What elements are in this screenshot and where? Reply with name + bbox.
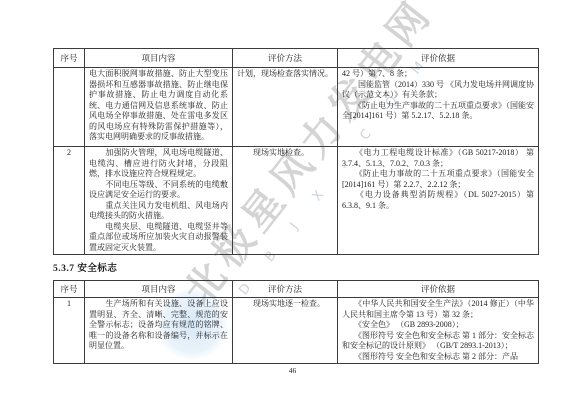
basis-cell: 《电力工程电缆设计标准》（GB 50217-2018） 第 3.7.4、5.1.… <box>338 147 539 255</box>
header-seq: 序号 <box>54 49 85 68</box>
paragraph: 不同电压等级、不同系统的电缆敷设应满足安全运行的要求。 <box>89 180 228 201</box>
paragraph: 重点关注风力发电机组、风电场内电缆接头的防火措施。 <box>89 201 228 222</box>
seq-cell: 1 <box>54 298 85 364</box>
paragraph: 电大面积脱网事故措施、防止大型变压器损坏和互感器事故措施、防止继电保护事故措施、… <box>89 69 228 143</box>
paragraph: 现场实地逐一检查。 <box>237 299 333 310</box>
paragraph: 生产场所和有关设施、设备上应设置明显、齐全、清晰、完整、规范的安全警示标志；设备… <box>89 299 228 352</box>
header-basis: 评价依据 <box>338 49 539 68</box>
basis-cell: 《中华人民共和国安全生产法》（2014 修正）（中华人民共和国主席令第 13 号… <box>338 298 539 364</box>
paragraph: 《防止电力生产事故的二十五项重点要求》（国能安全[2014]161 号）第 5.… <box>342 101 534 122</box>
header-method: 评价方法 <box>233 281 338 298</box>
document-page: 北极星风力发电网 D B J X . C O M 序号 项目内容 评价方法 评价… <box>0 0 585 413</box>
evaluation-table-continued: 序号 项目内容 评价方法 评价依据 电大面积脱网事故措施、防止大型变压器损坏和互… <box>53 48 539 255</box>
table-row: 电大面积脱网事故措施、防止大型变压器损坏和互感器事故措施、防止继电保护事故措施、… <box>54 68 539 147</box>
paragraph: 计划，现场检查落实情况。 <box>237 69 333 80</box>
method-cell: 现场实地检查。 <box>233 147 338 255</box>
table-header-row: 序号 项目内容 评价方法 评价依据 <box>54 281 539 298</box>
content-cell: 电大面积脱网事故措施、防止大型变压器损坏和互感器事故措施、防止继电保护事故措施、… <box>85 68 233 147</box>
method-cell: 现场实地逐一检查。 <box>233 298 338 364</box>
paragraph: 《防止电力事故的二十五项重点要求》（国能安全[2014]161 号）第 2.2.… <box>342 169 534 190</box>
basis-cell: 42 号）第 7、8 条； 国能监管（2014）330 号 《风力发电场并网调度… <box>338 68 539 147</box>
paragraph: 国能监管（2014）330 号 《风力发电场并网调度协议（示范文本）》有关条款； <box>342 80 534 101</box>
paragraph: 现场实地检查。 <box>237 148 333 159</box>
section-heading: 5.3.7 安全标志 <box>53 260 117 274</box>
header-content: 项目内容 <box>85 281 233 298</box>
paragraph: 《电力设备典型消防规程》（DL 5027-2015）第 6.3.8、9.1 条。 <box>342 190 534 211</box>
page-number: 46 <box>0 366 585 375</box>
header-seq: 序号 <box>54 281 85 298</box>
header-content: 项目内容 <box>85 49 233 68</box>
content-cell: 加强防火管理，风电场电缆隧道、电缆沟、槽应进行防火封堵，分段阻燃，排水设施应符合… <box>85 147 233 255</box>
paragraph: 《电力工程电缆设计标准》（GB 50217-2018） 第 3.7.4、5.1.… <box>342 148 534 169</box>
paragraph: 电缆夹层、电缆隧道、电缆竖井等重点部位或场所应加装火灾自动报警装置或固定灭火装置… <box>89 222 228 254</box>
table-row: 2 加强防火管理，风电场电缆隧道、电缆沟、槽应进行防火封堵，分段阻燃，排水设施应… <box>54 147 539 255</box>
content-cell: 生产场所和有关设施、设备上应设置明显、齐全、清晰、完整、规范的安全警示标志；设备… <box>85 298 233 364</box>
method-cell: 计划，现场检查落实情况。 <box>233 68 338 147</box>
seq-cell: 2 <box>54 147 85 255</box>
paragraph: 42 号）第 7、8 条； <box>342 69 534 80</box>
table-header-row: 序号 项目内容 评价方法 评价依据 <box>54 49 539 68</box>
paragraph: 《图形符号 安全色和安全标志 第 2 部分：产品 <box>342 352 534 363</box>
paragraph: 《安全色》 （GB 2893-2008）； <box>342 320 534 331</box>
safety-signs-table: 序号 项目内容 评价方法 评价依据 1 生产场所和有关设施、设备上应设置明显、齐… <box>53 280 539 364</box>
paragraph: 《图形符号 安全色和安全标志 第 1 部分：安全标志和安全标记的设计原则》 （G… <box>342 331 534 352</box>
table-row: 1 生产场所和有关设施、设备上应设置明显、齐全、清晰、完整、规范的安全警示标志；… <box>54 298 539 364</box>
header-method: 评价方法 <box>233 49 338 68</box>
header-basis: 评价依据 <box>338 281 539 298</box>
paragraph: 《中华人民共和国安全生产法》（2014 修正）（中华人民共和国主席令第 13 号… <box>342 299 534 320</box>
paragraph: 加强防火管理，风电场电缆隧道、电缆沟、槽应进行防火封堵，分段阻燃，排水设施应符合… <box>89 148 228 180</box>
seq-cell <box>54 68 85 147</box>
